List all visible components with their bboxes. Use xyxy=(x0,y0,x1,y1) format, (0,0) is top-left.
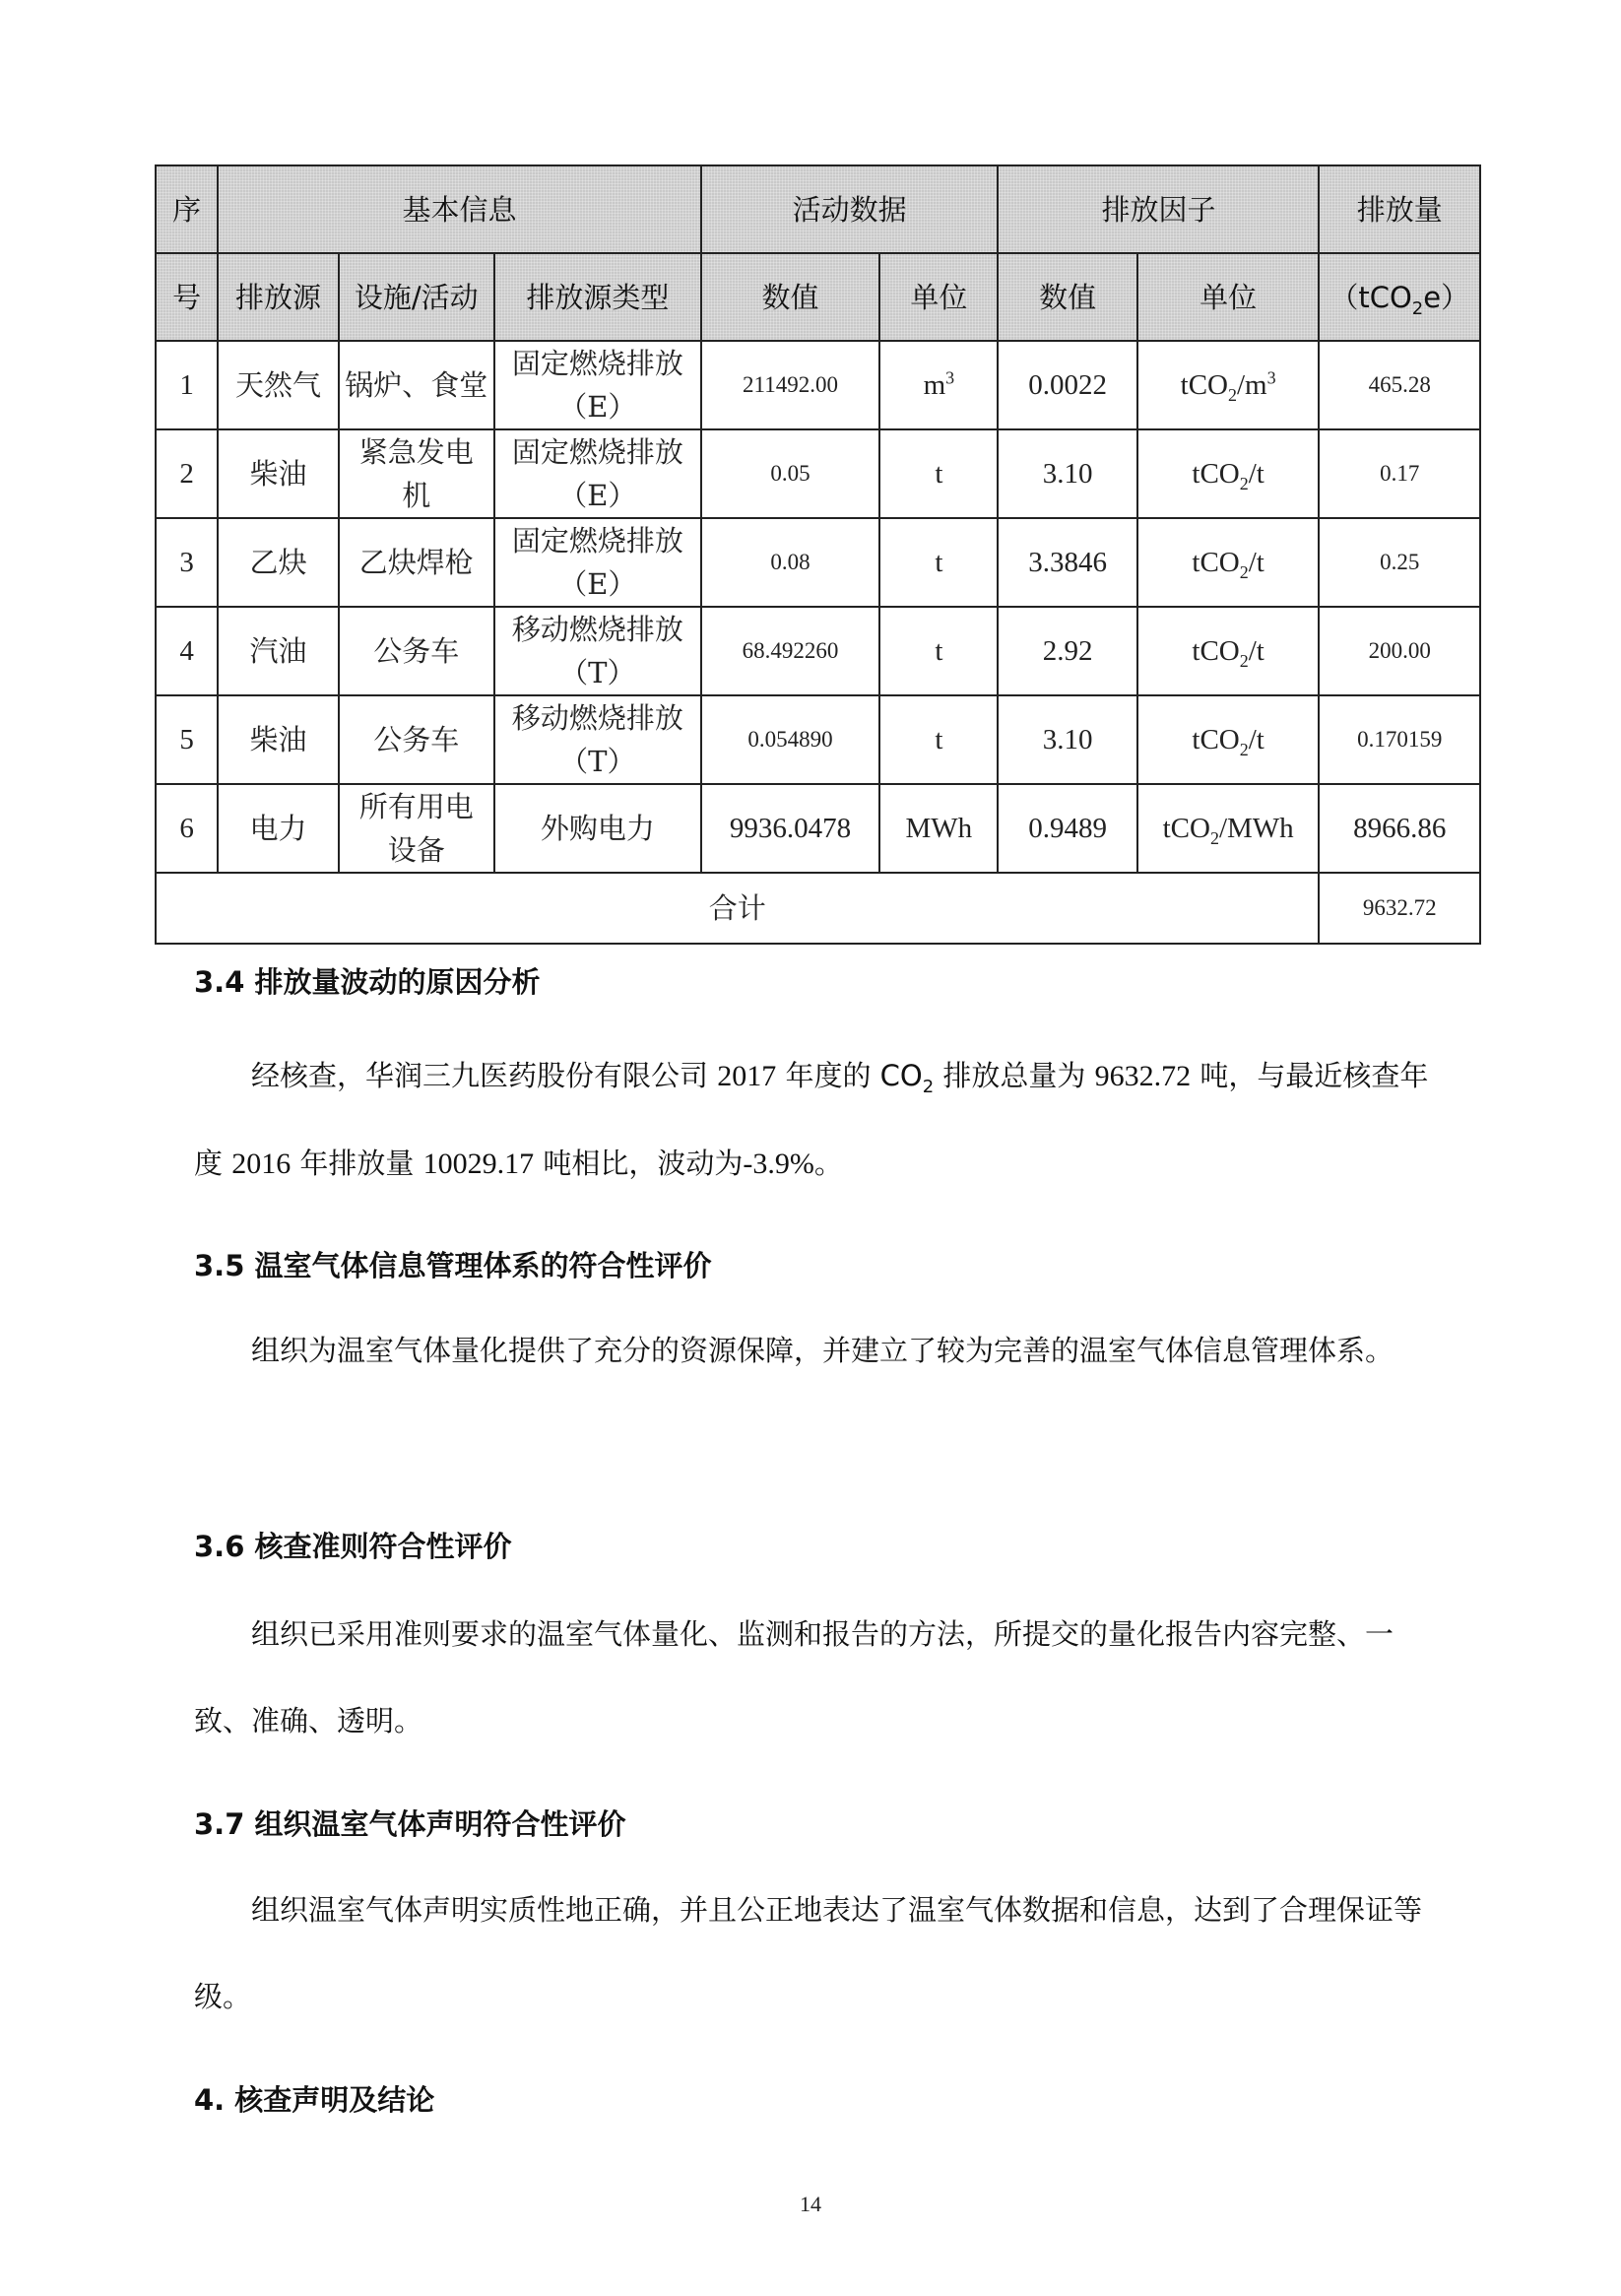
row-ad-unit: t xyxy=(879,695,998,784)
row-source: 乙炔 xyxy=(218,518,338,607)
table-row: 3 乙炔 乙炔焊枪 固定燃烧排放（E） 0.08 t 3.3846 tCO2/t… xyxy=(156,518,1480,607)
header-ef-unit: 单位 xyxy=(1137,253,1320,341)
header-ef-value: 数值 xyxy=(998,253,1136,341)
table-row: 4 汽油 公务车 移动燃烧排放（T） 68.492260 t 2.92 tCO2… xyxy=(156,607,1480,695)
row-emissions: 0.170159 xyxy=(1319,695,1480,784)
row-facility: 公务车 xyxy=(339,607,494,695)
row-source-type: 固定燃烧排放（E） xyxy=(494,341,701,429)
row-no: 5 xyxy=(156,695,218,784)
row-ad-value: 211492.00 xyxy=(701,341,879,429)
section-3-4-paragraph: 经核查，华润三九医药股份有限公司 2017 年度的 CO2 排放总量为 9632… xyxy=(194,1032,1445,1208)
row-ef-unit: tCO2/t xyxy=(1137,695,1320,784)
row-ef-unit: tCO2/t xyxy=(1137,607,1320,695)
header-ad-unit: 单位 xyxy=(879,253,998,341)
row-ef-unit: tCO2/m3 xyxy=(1137,341,1320,429)
row-source-type: 固定燃烧排放（E） xyxy=(494,429,701,518)
row-ad-unit: t xyxy=(879,607,998,695)
header-activity-data: 活动数据 xyxy=(701,165,999,253)
section-title-3-6: 3.6 核查准则符合性评价 xyxy=(194,1525,511,1565)
row-ef-unit: tCO2/MWh xyxy=(1137,784,1320,873)
row-no: 2 xyxy=(156,429,218,518)
row-source: 天然气 xyxy=(218,341,338,429)
row-ef-value: 3.3846 xyxy=(998,518,1136,607)
row-no: 1 xyxy=(156,341,218,429)
emissions-table: 序 基本信息 活动数据 排放因子 排放量 号 排放源 设施/活动 排放源类型 数… xyxy=(155,164,1481,945)
total-value: 9632.72 xyxy=(1319,873,1480,944)
row-ad-value: 0.054890 xyxy=(701,695,879,784)
header-emission-factor: 排放因子 xyxy=(998,165,1319,253)
row-facility: 乙炔焊枪 xyxy=(339,518,494,607)
table-total-row: 合计 9632.72 xyxy=(156,873,1480,944)
header-ad-value: 数值 xyxy=(701,253,879,341)
row-ad-unit: t xyxy=(879,429,998,518)
section-title-3-4: 3.4 排放量波动的原因分析 xyxy=(194,960,540,1001)
row-emissions: 8966.86 xyxy=(1319,784,1480,873)
row-ef-value: 3.10 xyxy=(998,429,1136,518)
header-facility: 设施/活动 xyxy=(339,253,494,341)
row-source: 汽油 xyxy=(218,607,338,695)
row-facility: 所有用电设备 xyxy=(339,784,494,873)
section-title-3-7: 3.7 组织温室气体声明符合性评价 xyxy=(194,1803,625,1843)
row-ad-unit: m3 xyxy=(879,341,998,429)
row-no: 4 xyxy=(156,607,218,695)
row-ef-unit: tCO2/t xyxy=(1137,518,1320,607)
row-ad-value: 68.492260 xyxy=(701,607,879,695)
row-ad-value: 0.05 xyxy=(701,429,879,518)
row-ad-value: 9936.0478 xyxy=(701,784,879,873)
total-label: 合计 xyxy=(156,873,1319,944)
row-emissions: 0.25 xyxy=(1319,518,1480,607)
table-row: 6 电力 所有用电设备 外购电力 9936.0478 MWh 0.9489 tC… xyxy=(156,784,1480,873)
row-source-type: 固定燃烧排放（E） xyxy=(494,518,701,607)
row-source-type: 外购电力 xyxy=(494,784,701,873)
row-ef-value: 3.10 xyxy=(998,695,1136,784)
section-3-7-paragraph: 组织温室气体声明实质性地正确，并且公正地表达了温室气体数据和信息，达到了合理保证… xyxy=(194,1867,1445,2040)
row-no: 3 xyxy=(156,518,218,607)
row-ef-value: 2.92 xyxy=(998,607,1136,695)
page-number: 14 xyxy=(0,2192,1621,2217)
section-title-4: 4. 核查声明及结论 xyxy=(194,2078,434,2119)
table-header-row-2: 号 排放源 设施/活动 排放源类型 数值 单位 数值 单位 （tCO2e） xyxy=(156,253,1480,341)
table-header-row-1: 序 基本信息 活动数据 排放因子 排放量 xyxy=(156,165,1480,253)
row-no: 6 xyxy=(156,784,218,873)
header-emissions: 排放量 xyxy=(1319,165,1480,253)
row-source: 柴油 xyxy=(218,695,338,784)
row-source: 柴油 xyxy=(218,429,338,518)
section-3-5-paragraph: 组织为温室气体量化提供了充分的资源保障，并建立了较为完善的温室气体信息管理体系。 xyxy=(194,1307,1445,1394)
table-row: 1 天然气 锅炉、食堂 固定燃烧排放（E） 211492.00 m3 0.002… xyxy=(156,341,1480,429)
row-ef-value: 0.0022 xyxy=(998,341,1136,429)
row-source: 电力 xyxy=(218,784,338,873)
row-ad-value: 0.08 xyxy=(701,518,879,607)
table-row: 5 柴油 公务车 移动燃烧排放（T） 0.054890 t 3.10 tCO2/… xyxy=(156,695,1480,784)
row-ef-unit: tCO2/t xyxy=(1137,429,1320,518)
document-page: 序 基本信息 活动数据 排放因子 排放量 号 排放源 设施/活动 排放源类型 数… xyxy=(0,0,1621,2296)
header-source: 排放源 xyxy=(218,253,338,341)
row-source-type: 移动燃烧排放（T） xyxy=(494,607,701,695)
table-row: 2 柴油 紧急发电机 固定燃烧排放（E） 0.05 t 3.10 tCO2/t … xyxy=(156,429,1480,518)
row-emissions: 465.28 xyxy=(1319,341,1480,429)
header-seq: 序 xyxy=(156,165,218,253)
row-facility: 锅炉、食堂 xyxy=(339,341,494,429)
header-seq-bottom: 号 xyxy=(156,253,218,341)
row-emissions: 200.00 xyxy=(1319,607,1480,695)
header-source-type: 排放源类型 xyxy=(494,253,701,341)
row-ad-unit: MWh xyxy=(879,784,998,873)
section-3-6-paragraph: 组织已采用准则要求的温室气体量化、监测和报告的方法，所提交的量化报告内容完整、一… xyxy=(194,1591,1445,1764)
row-ad-unit: t xyxy=(879,518,998,607)
header-basic-info: 基本信息 xyxy=(218,165,701,253)
header-emissions-unit: （tCO2e） xyxy=(1319,253,1480,341)
row-facility: 紧急发电机 xyxy=(339,429,494,518)
row-ef-value: 0.9489 xyxy=(998,784,1136,873)
row-emissions: 0.17 xyxy=(1319,429,1480,518)
row-source-type: 移动燃烧排放（T） xyxy=(494,695,701,784)
section-title-3-5: 3.5 温室气体信息管理体系的符合性评价 xyxy=(194,1244,711,1284)
row-facility: 公务车 xyxy=(339,695,494,784)
